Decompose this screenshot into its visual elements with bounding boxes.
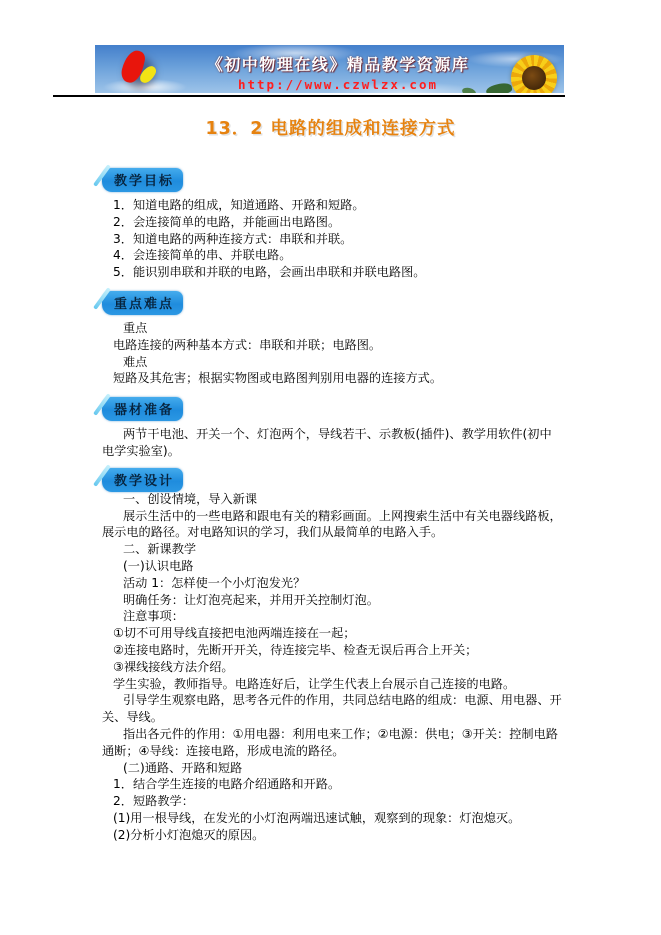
pen-stroke-icon [93,164,111,187]
section-badge-label: 教学设计 [114,474,174,489]
section-badge-key-difficult-points: 重点难点 [102,291,183,315]
doc-line: 难点 [102,354,562,371]
pen-stroke-icon [93,287,111,310]
document-body: 教学目标 1．知道电路的组成，知道通路、开路和短路。 2．会连接简单的电路，并能… [102,168,562,844]
pen-stroke-icon [93,464,111,487]
doc-line: 引导学生观察电路，思考各元件的作用，共同总结电路的组成：电源、用电器、开关、导线… [102,692,562,726]
doc-line: 二、新课教学 [102,541,562,558]
doc-line: ①切不可用导线直接把电池两端连接在一起； [102,625,562,642]
doc-line: 3．知道电路的两种连接方式：串联和并联。 [102,231,562,248]
banner-text: 《初中物理在线》精品教学资源库 http://www.czwlzx.com [190,52,486,92]
section-badge-teaching-objectives: 教学目标 [102,168,183,192]
doc-line: 短路及其危害；根据实物图或电路图判别用电器的连接方式。 [102,370,562,387]
doc-line: 2．会连接简单的电路，并能画出电路图。 [102,214,562,231]
section-badge-materials: 器材准备 [102,397,183,421]
doc-line: 活动 1：怎样使一个小灯泡发光？ [102,575,562,592]
doc-line: 两节干电池、开关一个、灯泡两个，导线若干、示教板(插件)、教学用软件(初中电学实… [102,426,562,460]
doc-line: (二)通路、开路和短路 [102,760,562,777]
doc-line: 指出各元件的作用：①用电器：利用电来工作；②电源：供电；③开关：控制电路通断；④… [102,726,562,760]
doc-line: 2．短路教学： [102,793,562,810]
header-divider [53,95,565,97]
doc-line: 一、创设情境，导入新课 [102,491,562,508]
section-heading-row: 教学设计 [102,468,562,488]
doc-line: ②连接电路时，先断开开关，待连接完毕、检查无误后再合上开关； [102,642,562,659]
doc-line: 1．结合学生连接的电路介绍通路和开路。 [102,776,562,793]
doc-line: 5．能识别串联和并联的电路，会画出串联和并联电路图。 [102,264,562,281]
section-heading-row: 教学目标 [102,168,562,188]
doc-line: 重点 [102,320,562,337]
site-title: 《初中物理在线》精品教学资源库 [190,52,486,75]
site-banner: 《初中物理在线》精品教学资源库 http://www.czwlzx.com [95,45,564,93]
doc-line: ③裸线接线方法介绍。 [102,659,562,676]
section-badge-teaching-design: 教学设计 [102,468,183,492]
doc-line: (1)用一根导线，在发光的小灯泡两端迅速试触，观察到的现象：灯泡熄灭。 [102,810,562,827]
doc-line: 电路连接的两种基本方式：串联和并联；电路图。 [102,337,562,354]
pen-stroke-icon [93,393,111,416]
doc-line: 学生实验，教师指导。电路连好后，让学生代表上台展示自己连接的电路。 [102,676,562,693]
section-heading-row: 器材准备 [102,397,562,417]
section-badge-label: 教学目标 [114,174,174,189]
section-badge-label: 器材准备 [114,403,174,418]
doc-line: 4．会连接简单的串、并联电路。 [102,247,562,264]
doc-line: (2)分析小灯泡熄灭的原因。 [102,827,562,844]
site-url-link[interactable]: http://www.czwlzx.com [190,77,486,92]
doc-line: (一)认识电路 [102,558,562,575]
doc-line: 明确任务：让灯泡亮起来，并用开关控制灯泡。 [102,592,562,609]
doc-line: 1．知道电路的组成，知道通路、开路和短路。 [102,197,562,214]
section-heading-row: 重点难点 [102,291,562,311]
doc-line: 注意事项： [102,608,562,625]
sunflower-icon [511,55,557,93]
section-badge-label: 重点难点 [114,297,174,312]
leaf-icon [485,82,513,93]
page-title: 13．2 电路的组成和连接方式 [0,115,661,140]
doc-line: 展示生活中的一些电路和跟电有关的精彩画面。上网搜索生活中有关电器线路板，展示电的… [102,508,562,542]
